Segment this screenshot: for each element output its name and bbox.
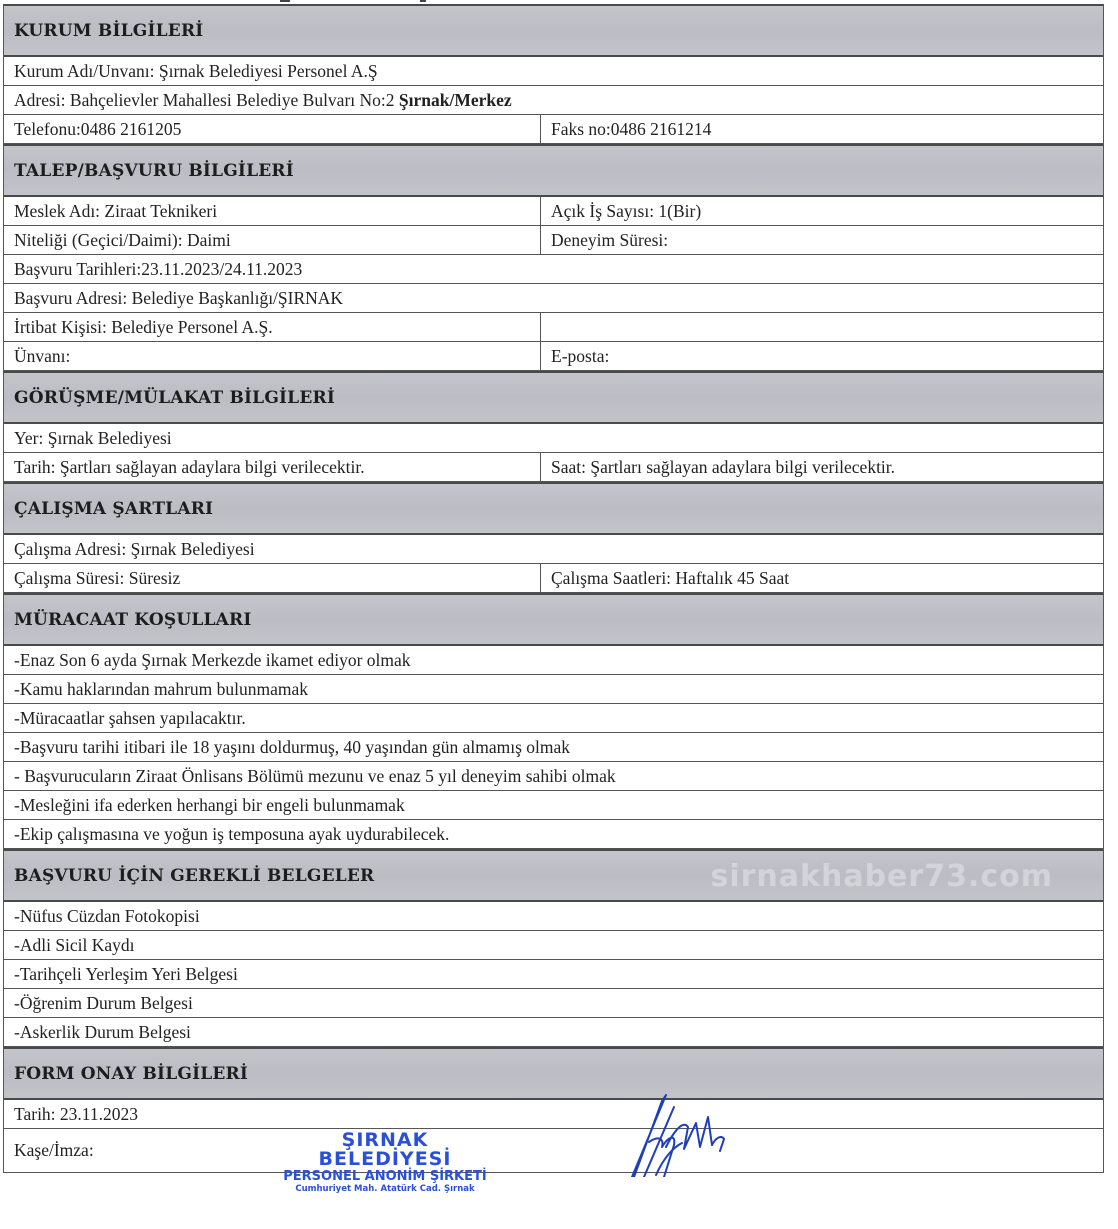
meslek-adi: Meslek Adı: Ziraat Teknikeri (4, 197, 541, 225)
muracaat-kosulu: -Enaz Son 6 ayda Şırnak Merkezde ikamet … (4, 646, 1103, 674)
adres-text: Adresi: Bahçelievler Mahallesi Belediye … (14, 90, 399, 111)
kase-imza-label: Kaşe/İmza: (4, 1129, 1103, 1172)
stamp-line-2: PERSONEL ANONİM ŞİRKETİ (280, 1170, 490, 1183)
muracaat-kosulu: -Başvuru tarihi itibari ile 18 yaşını do… (4, 733, 1103, 761)
calisma-suresi: Çalışma Süresi: Süresiz (4, 564, 541, 592)
gerekli-belge: -Öğrenim Durum Belgesi (4, 989, 1103, 1017)
list-item: -Mesleğini ifa ederken herhangi bir enge… (4, 791, 1103, 820)
e-posta: E-posta: (541, 342, 1103, 370)
row-kase-imza: Kaşe/İmza: ŞIRNAK BELEDİYESİ PERSONEL AN… (4, 1129, 1103, 1173)
list-item: -Nüfus Cüzdan Fotokopisi (4, 902, 1103, 931)
row-calisma-adresi: Çalışma Adresi: Şırnak Belediyesi (4, 535, 1103, 564)
list-item: -Enaz Son 6 ayda Şırnak Merkezde ikamet … (4, 646, 1103, 675)
gorusme-saat: Saat: Şartları sağlayan adaylara bilgi v… (541, 453, 1103, 481)
row-basvuru-tarihleri: Başvuru Tarihleri:23.11.2023/24.11.2023 (4, 255, 1103, 284)
section-title: FORM ONAY BİLGİLERİ (14, 1064, 248, 1084)
gerekli-belge: -Askerlik Durum Belgesi (4, 1018, 1103, 1046)
basvuru-adresi: Başvuru Adresi: Belediye Başkanlığı/ŞIRN… (4, 284, 1103, 312)
gerekli-belge: -Tarihçeli Yerleşim Yeri Belgesi (4, 960, 1103, 988)
section-header-onay: FORM ONAY BİLGİLERİ (4, 1047, 1103, 1100)
stamp-line-1: ŞIRNAK BELEDİYESİ (280, 1131, 490, 1169)
faks: Faks no:0486 2161214 (541, 115, 1103, 143)
muracaat-kosulu: - Başvurucuların Ziraat Önlisans Bölümü … (4, 762, 1103, 790)
list-item: -Başvuru tarihi itibari ile 18 yaşını do… (4, 733, 1103, 762)
irtibat-kisisi: İrtibat Kişisi: Belediye Personel A.Ş. (4, 313, 541, 341)
muracaat-kosulu: -Mesleğini ifa ederken herhangi bir enge… (4, 791, 1103, 819)
gerekli-belge: -Nüfus Cüzdan Fotokopisi (4, 902, 1103, 930)
row-irtibat: İrtibat Kişisi: Belediye Personel A.Ş. (4, 313, 1103, 342)
watermark: sirnakhaber73.com (710, 859, 1053, 894)
row-calisma-suresi: Çalışma Süresi: Süresiz Çalışma Saatleri… (4, 564, 1103, 593)
list-item: -Tarihçeli Yerleşim Yeri Belgesi (4, 960, 1103, 989)
kurum-adi: Kurum Adı/Unvanı: Şırnak Belediyesi Pers… (4, 57, 1103, 85)
basvuru-tarihleri: Başvuru Tarihleri:23.11.2023/24.11.2023 (4, 255, 1103, 283)
row-meslek: Meslek Adı: Ziraat Teknikeri Açık İş Say… (4, 197, 1103, 226)
irtibat-right (541, 313, 1103, 341)
acik-is-sayisi: Açık İş Sayısı: 1(Bir) (541, 197, 1103, 225)
section-header-talep: TALEP/BAŞVURU BİLGİLERİ (4, 144, 1103, 197)
list-item: -Adli Sicil Kaydı (4, 931, 1103, 960)
gorusme-yer: Yer: Şırnak Belediyesi (4, 424, 1103, 452)
list-item: -Ekip çalışmasına ve yoğun iş temposuna … (4, 820, 1103, 849)
muracaat-kosulu: -Kamu haklarından mahrum bulunmamak (4, 675, 1103, 703)
calisma-adresi: Çalışma Adresi: Şırnak Belediyesi (4, 535, 1103, 563)
list-item: -Askerlik Durum Belgesi (4, 1018, 1103, 1047)
row-basvuru-adresi: Başvuru Adresi: Belediye Başkanlığı/ŞIRN… (4, 284, 1103, 313)
list-item: -Müracaatlar şahsen yapılacaktır. (4, 704, 1103, 733)
section-header-kurum: KURUM BİLGİLERİ (4, 4, 1103, 57)
row-yer: Yer: Şırnak Belediyesi (4, 424, 1103, 453)
section-header-gorusme: GÖRÜŞME/MÜLAKAT BİLGİLERİ (4, 371, 1103, 424)
unvani: Ünvanı: (4, 342, 541, 370)
section-header-muracaat: MÜRACAAT KOŞULLARI (4, 593, 1103, 646)
row-adres: Adresi: Bahçelievler Mahallesi Belediye … (4, 86, 1103, 115)
section-title: TALEP/BAŞVURU BİLGİLERİ (14, 161, 294, 181)
adres: Adresi: Bahçelievler Mahallesi Belediye … (4, 86, 1103, 114)
list-item: - Başvurucuların Ziraat Önlisans Bölümü … (4, 762, 1103, 791)
section-title: GÖRÜŞME/MÜLAKAT BİLGİLERİ (14, 388, 335, 408)
onay-tarih: Tarih: 23.11.2023 (4, 1100, 1103, 1128)
row-unvan: Ünvanı: E-posta: (4, 342, 1103, 371)
section-header-calisma: ÇALIŞMA ŞARTLARI (4, 482, 1103, 535)
adres-city: Şırnak/Merkez (399, 90, 512, 111)
muracaat-kosulu: -Müracaatlar şahsen yapılacaktır. (4, 704, 1103, 732)
section-title: ÇALIŞMA ŞARTLARI (14, 499, 213, 519)
row-telefon-faks: Telefonu:0486 2161205 Faks no:0486 21612… (4, 115, 1103, 144)
signature-icon (604, 1087, 804, 1177)
row-onay-tarih: Tarih: 23.11.2023 (4, 1100, 1103, 1129)
section-title: MÜRACAAT KOŞULLARI (14, 610, 252, 630)
calisma-saatleri: Çalışma Saatleri: Haftalık 45 Saat (541, 564, 1103, 592)
stamp-line-3: Cumhuriyet Mah. Atatürk Cad. Şırnak (280, 1185, 490, 1194)
muracaat-kosulu: -Ekip çalışmasına ve yoğun iş temposuna … (4, 820, 1103, 848)
list-item: -Kamu haklarından mahrum bulunmamak (4, 675, 1103, 704)
telefon: Telefonu:0486 2161205 (4, 115, 541, 143)
official-stamp: ŞIRNAK BELEDİYESİ PERSONEL ANONİM ŞİRKET… (280, 1131, 490, 1194)
row-kurum-adi: Kurum Adı/Unvanı: Şırnak Belediyesi Pers… (4, 57, 1103, 86)
job-posting-form: KURUM BİLGİLERİ Kurum Adı/Unvanı: Şırnak… (3, 4, 1104, 1173)
section-title: BAŞVURU İÇİN GEREKLİ BELGELER (14, 866, 374, 886)
deneyim-suresi: Deneyim Süresi: (541, 226, 1103, 254)
row-niteligi: Niteliği (Geçici/Daimi): Daimi Deneyim S… (4, 226, 1103, 255)
row-tarih-saat: Tarih: Şartları sağlayan adaylara bilgi … (4, 453, 1103, 482)
niteligi: Niteliği (Geçici/Daimi): Daimi (4, 226, 541, 254)
gorusme-tarih: Tarih: Şartları sağlayan adaylara bilgi … (4, 453, 541, 481)
section-header-belgeler: BAŞVURU İÇİN GEREKLİ BELGELER sirnakhabe… (4, 849, 1103, 902)
list-item: -Öğrenim Durum Belgesi (4, 989, 1103, 1018)
section-title: KURUM BİLGİLERİ (14, 21, 203, 41)
gerekli-belge: -Adli Sicil Kaydı (4, 931, 1103, 959)
